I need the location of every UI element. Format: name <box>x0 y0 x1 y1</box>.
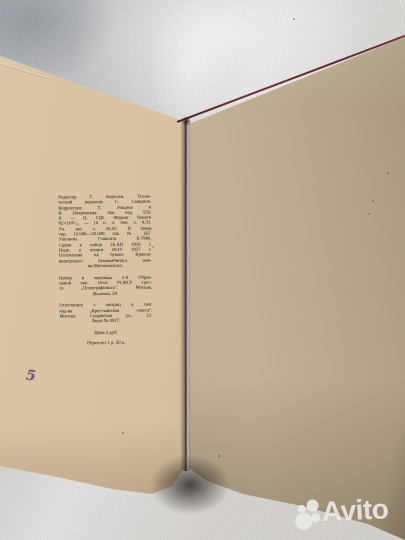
avito-dots-icon <box>306 499 319 512</box>
price-line: Цена 2 руб. <box>60 331 153 337</box>
photo-open-book: Редактор Г. Королев. Техни- ческий редак… <box>0 0 405 540</box>
colophon-line: Заказ № 4017. <box>59 319 152 325</box>
binding-price-line: Переплет 1 р. 50 к. <box>60 341 153 347</box>
colophon-text-block: Редактор Г. Королев. Техни- ческий редак… <box>58 195 153 354</box>
handwritten-mark: 5 <box>25 368 36 385</box>
colophon-line: ни Менжинского. <box>59 263 152 269</box>
avito-dots-icon <box>311 513 320 522</box>
colophon-paragraph-imprint: Редактор Г. Королев. Техни- ческий редак… <box>58 195 152 270</box>
avito-dots-icon <box>295 513 313 531</box>
avito-watermark: Avito <box>293 492 403 537</box>
colophon-line: Валовая, 28. <box>59 291 152 297</box>
colophon-paragraph-printing: Отпечатано с матриц в тип. изд-ва „Крест… <box>59 303 152 325</box>
avito-wordmark: Avito <box>321 493 389 528</box>
avito-dots-icon <box>298 505 306 513</box>
colophon-paragraph-typesetting: Набор и матрицы 1-й Образ- цовой тип. Ог… <box>59 275 152 297</box>
